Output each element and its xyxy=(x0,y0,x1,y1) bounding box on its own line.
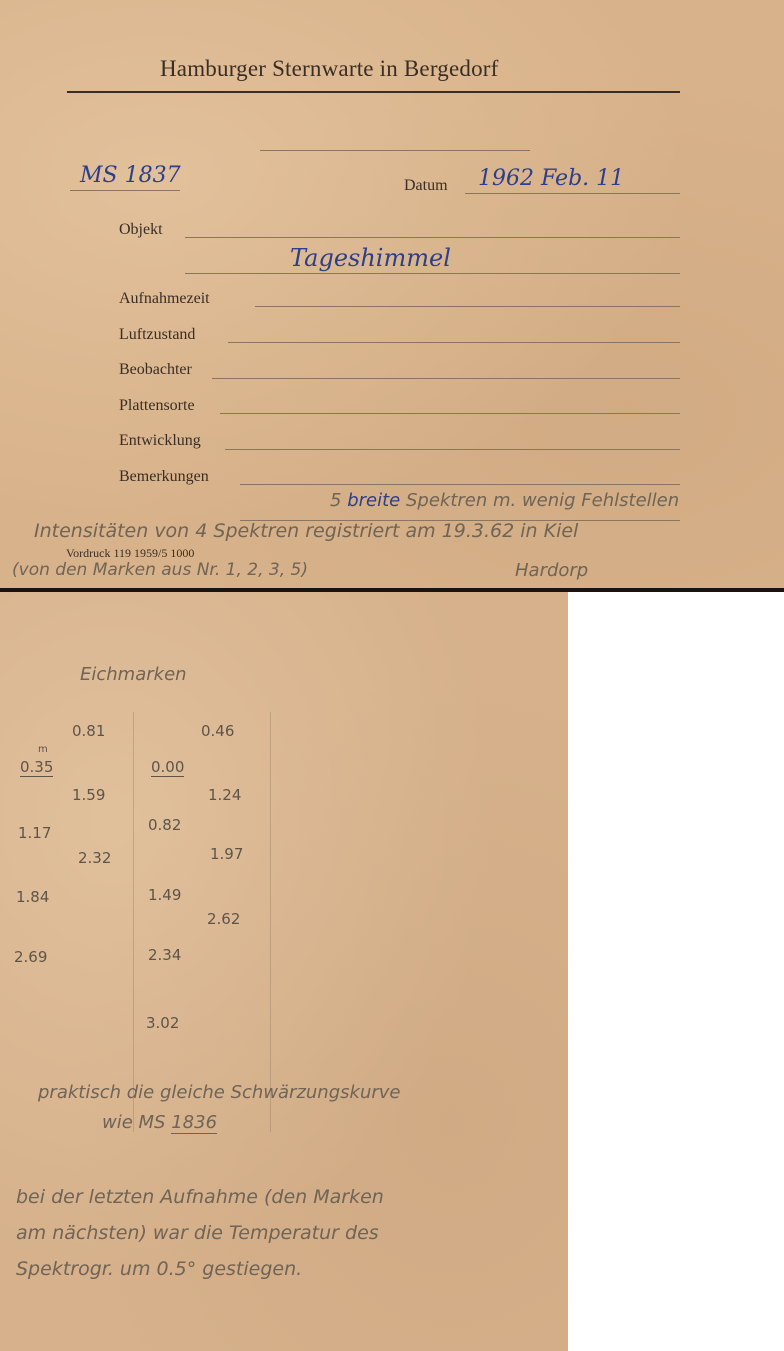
luftzustand-label: Luftzustand xyxy=(119,326,195,344)
note-1-line-1: praktisch die gleiche Schwärzungskurve xyxy=(38,1082,400,1103)
note-2-line-1: bei der letzten Aufnahme (den Marken xyxy=(16,1186,384,1208)
value-0-46: 0.46 xyxy=(201,722,234,740)
aufnahmezeit-label: Aufnahmezeit xyxy=(119,290,210,308)
value-1-17: 1.17 xyxy=(18,824,51,842)
bemerkungen-label: Bemerkungen xyxy=(119,468,209,486)
value-3-02: 3.02 xyxy=(146,1014,179,1032)
remark-rest: Spektren m. wenig Fehlstellen xyxy=(406,490,679,511)
datum-value[interactable]: 1962 Feb. 11 xyxy=(478,166,624,191)
bemerkungen-field[interactable] xyxy=(240,484,680,485)
value-2-32: 2.32 xyxy=(78,849,111,867)
datum-label: Datum xyxy=(404,177,448,195)
signature: Hardorp xyxy=(515,560,588,581)
value-0-00: 0.00 xyxy=(151,758,184,777)
front-card: Hamburger Sternwarte in Bergedorf MS 183… xyxy=(0,0,784,588)
value-1-49: 1.49 xyxy=(148,886,181,904)
observatory-header: Hamburger Sternwarte in Bergedorf xyxy=(160,56,499,82)
plate-number-rule xyxy=(70,190,180,191)
value-0-82: 0.82 xyxy=(148,816,181,834)
remark-line-1: 5 breite Spektren m. wenig Fehlstellen xyxy=(330,490,679,511)
top-faint-rule xyxy=(260,150,530,151)
beobachter-label: Beobachter xyxy=(119,361,192,379)
datum-rule xyxy=(465,193,680,194)
value-2-62: 2.62 xyxy=(207,910,240,928)
objekt-rule xyxy=(185,237,680,238)
entwicklung-field[interactable] xyxy=(225,449,680,450)
value-1-24: 1.24 xyxy=(208,786,241,804)
column-line-1 xyxy=(133,712,134,1132)
aufnahmezeit-field[interactable] xyxy=(255,306,680,307)
entwicklung-label: Entwicklung xyxy=(119,432,201,450)
note-2-line-3: Spektrogr. um 0.5° gestiegen. xyxy=(16,1258,302,1280)
unit-mark: m xyxy=(38,744,48,755)
plate-number: MS 1837 xyxy=(80,163,181,188)
value-1-97: 1.97 xyxy=(210,845,243,863)
column-line-2 xyxy=(270,712,271,1132)
note-1-prefix: wie MS xyxy=(102,1112,165,1133)
value-2-34: 2.34 xyxy=(148,946,181,964)
value-0-81: 0.81 xyxy=(72,722,105,740)
remark-line-2: Intensitäten von 4 Spektren registriert … xyxy=(34,520,578,542)
form-print-code: Vordruck 119 1959/5 1000 xyxy=(66,546,194,561)
header-rule xyxy=(67,91,680,93)
value-1-59: 1.59 xyxy=(72,786,105,804)
note-2-line-2: am nächsten) war die Temperatur des xyxy=(16,1222,379,1244)
calibration-heading: Eichmarken xyxy=(80,664,187,685)
objekt-rule-2 xyxy=(185,273,680,274)
value-2-69: 2.69 xyxy=(14,948,47,966)
note-1-ref: 1836 xyxy=(171,1112,217,1134)
remark-count: 5 xyxy=(330,490,341,511)
plattensorte-field[interactable] xyxy=(220,413,680,414)
note-1-line-2: wie MS 1836 xyxy=(102,1112,217,1133)
objekt-label: Objekt xyxy=(119,221,163,239)
value-1-84: 1.84 xyxy=(16,888,49,906)
objekt-value[interactable]: Tageshimmel xyxy=(290,244,451,272)
remark-line-3: (von den Marken aus Nr. 1, 2, 3, 5) xyxy=(12,560,308,580)
luftzustand-field[interactable] xyxy=(228,342,680,343)
remark-ink-word: breite xyxy=(347,490,400,511)
plattensorte-label: Plattensorte xyxy=(119,397,195,415)
beobachter-field[interactable] xyxy=(212,378,680,379)
value-0-35: 0.35 xyxy=(20,758,53,777)
